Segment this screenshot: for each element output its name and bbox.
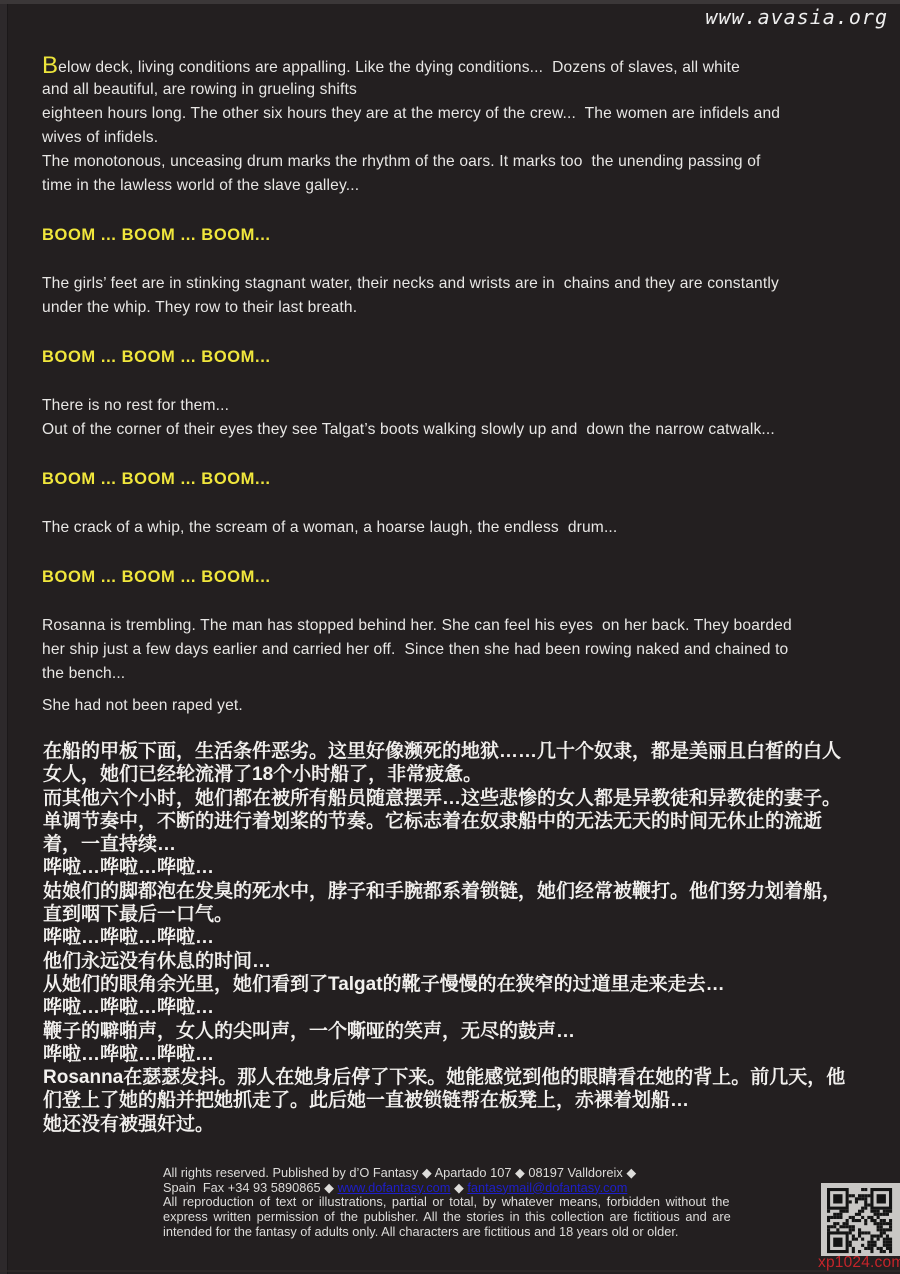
story-line: The crack of a whip, the scream of a wom… [42, 516, 880, 540]
line-spacer [42, 442, 880, 467]
story-line: The monotonous, unceasing drum marks the… [42, 150, 880, 174]
line-spacer [42, 686, 880, 694]
footer-line: All rights reserved. Published by d’O Fa… [163, 1166, 843, 1181]
story-line-zh: 而其他六个小时，她们都在被所有船员随意摆弄…这些悲惨的女人都是异教徒和异教徒的妻… [43, 787, 884, 810]
line-spacer [42, 369, 880, 394]
story-line-zh: 着，一直持续… [43, 833, 884, 856]
boom-heading: BOOM ... BOOM ... BOOM... [42, 345, 880, 369]
story-line-zh: Rosanna在瑟瑟发抖。那人在她身后停了下来。她能感觉到他的眼睛看在她的背上。… [43, 1066, 884, 1089]
chinese-story: 在船的甲板下面，生活条件恶劣。这里好像濒死的地狱……几十个奴隶，都是美丽且白皙的… [43, 740, 884, 1136]
story-line-zh: 他们永远没有休息的时间… [43, 950, 884, 973]
page-edge-top [0, 0, 900, 4]
page-edge-left-line [7, 0, 8, 1274]
footer-link[interactable]: fantasymail@dofantasy.com [467, 1180, 627, 1195]
site-watermark: www.avasia.org [705, 5, 888, 29]
story-line-zh: 哗啦…哗啦…哗啦… [43, 926, 884, 949]
story-line: under the whip. They row to their last b… [42, 296, 880, 320]
drop-cap: B [42, 52, 58, 79]
story-line-zh: 直到咽下最后一口气。 [43, 903, 884, 926]
story-line-zh: 单调节奏中，不断的进行着划桨的节奏。它标志着在奴隶船中的无法无天的时间无休止的流… [43, 810, 884, 833]
publisher-footer: All rights reserved. Published by d’O Fa… [163, 1166, 843, 1239]
story-line: Below deck, living conditions are appall… [42, 54, 880, 78]
story-line: Rosanna is trembling. The man has stoppe… [42, 614, 880, 638]
scanned-page: { "watermark": "www.avasia.org", "colors… [0, 0, 900, 1274]
line-spacer [42, 491, 880, 516]
qr-code-image [821, 1183, 900, 1256]
page-edge-bottom [0, 1270, 900, 1272]
story-line: She had not been raped yet. [42, 694, 880, 718]
story-line-zh: 哗啦…哗啦…哗啦… [43, 1043, 884, 1066]
footer-link[interactable]: www.dofantasy.com [338, 1180, 451, 1195]
story-line-zh: 从她们的眼角余光里，她们看到了Talgat的靴子慢慢的在狭窄的过道里走来走去… [43, 973, 884, 996]
story-line-zh: 姑娘们的脚都泡在发臭的死水中，脖子和手腕都系着锁链，她们经常被鞭打。他们努力划着… [43, 880, 884, 903]
line-spacer [42, 247, 880, 272]
story-line: There is no rest for them... [42, 394, 880, 418]
story-line: her ship just a few days earlier and car… [42, 638, 880, 662]
line-spacer [42, 540, 880, 565]
story-line-zh: 们登上了她的船并把她抓走了。此后她一直被锁链帮在板凳上，赤裸着划船… [43, 1089, 884, 1112]
boom-heading: BOOM ... BOOM ... BOOM... [42, 223, 880, 247]
line-spacer [42, 320, 880, 345]
line-spacer [42, 589, 880, 614]
bold-term: 18 [252, 764, 273, 785]
bold-term: Talgat [328, 974, 383, 995]
footer-line: All reproduction of text or illustration… [163, 1195, 843, 1210]
footer-line: Spain Fax +34 93 5890865 ◆ www.dofantasy… [163, 1181, 843, 1196]
qr-caption: xp1024.com [818, 1254, 900, 1272]
story-line-zh: 女人，她们已经轮流滑了18个小时船了，非常疲惫。 [43, 763, 884, 786]
line-spacer [42, 198, 880, 223]
story-line: eighteen hours long. The other six hours… [42, 102, 880, 126]
story-line: The girls’ feet are in stinking stagnant… [42, 272, 880, 296]
story-line-zh: 她还没有被强奸过。 [43, 1113, 884, 1136]
boom-heading: BOOM ... BOOM ... BOOM... [42, 467, 880, 491]
story-line: wives of infidels. [42, 126, 880, 150]
footer-line: express written permission of the publis… [163, 1210, 843, 1225]
qr-code [821, 1183, 900, 1256]
story-line-zh: 在船的甲板下面，生活条件恶劣。这里好像濒死的地狱……几十个奴隶，都是美丽且白皙的… [43, 740, 884, 763]
story-line: time in the lawless world of the slave g… [42, 174, 880, 198]
page-edge-left [0, 0, 7, 1274]
story-line: the bench... [42, 662, 880, 686]
boom-heading: BOOM ... BOOM ... BOOM... [42, 565, 880, 589]
footer-line: intended for the fantasy of adults only.… [163, 1225, 843, 1240]
story-line-zh: 鞭子的噼啪声，女人的尖叫声，一个嘶哑的笑声，无尽的鼓声… [43, 1020, 884, 1043]
bold-term: Rosanna [43, 1067, 123, 1088]
english-story: Below deck, living conditions are appall… [42, 54, 880, 718]
story-line-zh: 哗啦…哗啦…哗啦… [43, 996, 884, 1019]
story-line-zh: 哗啦…哗啦…哗啦… [43, 856, 884, 879]
story-line: and all beautiful, are rowing in gruelin… [42, 78, 880, 102]
story-line: Out of the corner of their eyes they see… [42, 418, 880, 442]
